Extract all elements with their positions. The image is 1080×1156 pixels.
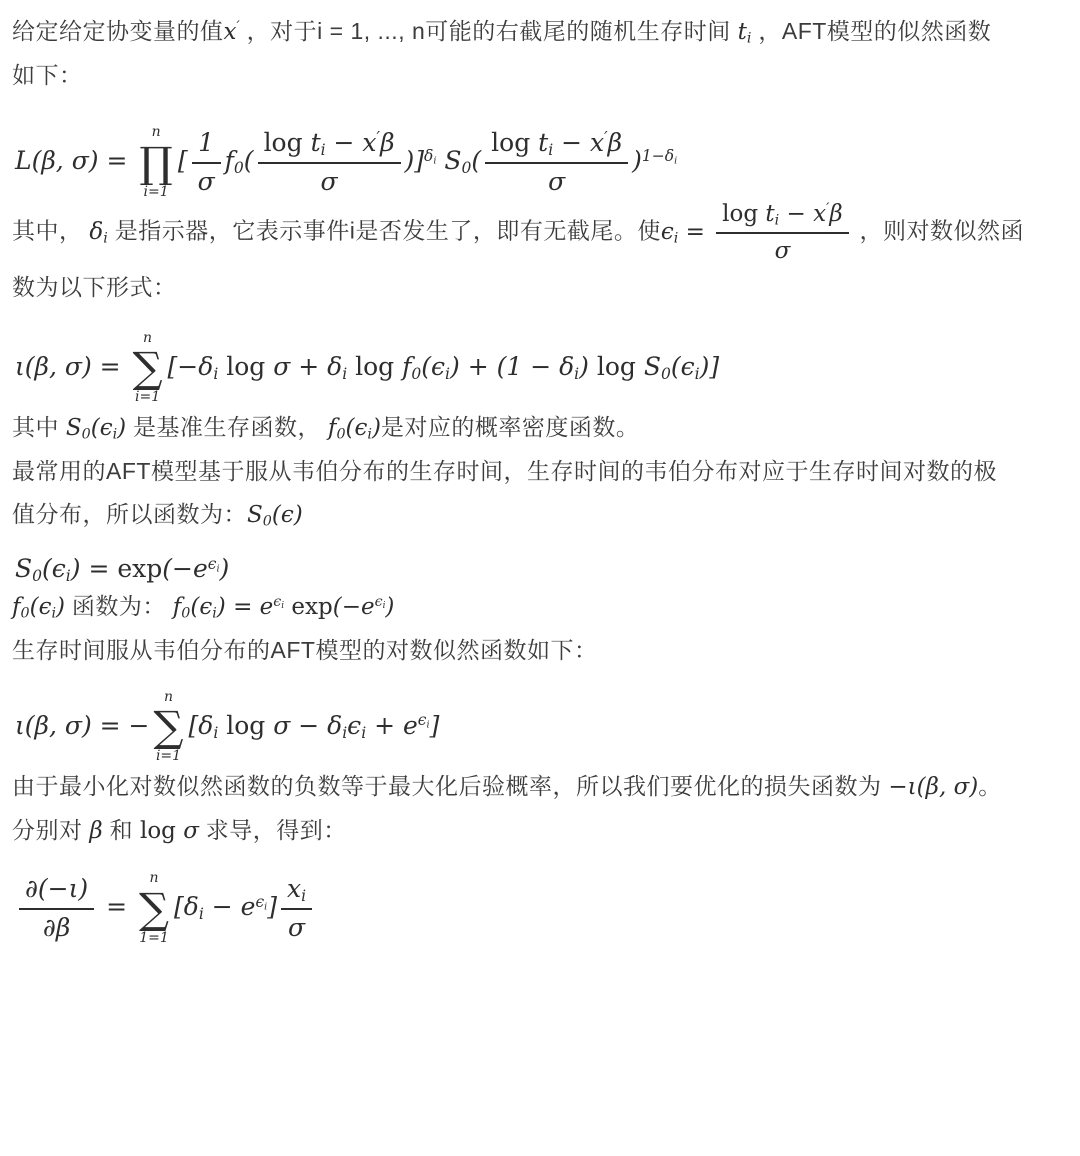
math-subscript: 0 xyxy=(263,514,272,530)
fraction-numerator: log ti − x′β xyxy=(485,128,628,164)
math-subscript: 0 xyxy=(661,365,671,383)
math-text: β xyxy=(608,128,622,157)
document-page: 给定给定协变量的值x′ ，对于i = 1, ..., n可能的右截尾的随机生存时… xyxy=(0,0,1080,946)
math-text: ∂β xyxy=(43,913,70,942)
math-text: S xyxy=(436,146,461,175)
math-text: β xyxy=(89,818,102,844)
math-subscript: i xyxy=(301,887,306,905)
math-superscript: ϵi xyxy=(208,555,220,573)
math-fraction: ∂(−ι)∂β xyxy=(19,874,94,944)
math-big-operator: n∑1=1 xyxy=(139,871,169,946)
inline-math: δi xyxy=(89,219,107,245)
inline-math: β xyxy=(89,818,102,844)
text-run: 生存时间服从韦伯分布的AFT模型的对数似然函数如下： xyxy=(12,637,597,663)
fraction-denominator: σ xyxy=(716,234,848,265)
math-text: − x xyxy=(779,201,826,227)
math-text: log xyxy=(140,818,183,844)
math-text: log xyxy=(491,128,538,157)
math-text: [δ xyxy=(174,892,199,921)
operator-lower-limit: i=1 xyxy=(135,390,160,405)
math-text: 1 xyxy=(198,128,214,157)
math-text: (ϵ xyxy=(91,415,113,441)
math-text: )] xyxy=(700,352,720,381)
math-text: log xyxy=(722,201,765,227)
fraction-denominator: ∂β xyxy=(19,910,94,944)
math-text: ι(β, σ) = xyxy=(15,352,129,381)
fraction-denominator: σ xyxy=(281,910,312,944)
inline-math: x′ xyxy=(224,19,240,45)
text-run: 。 xyxy=(978,773,1002,799)
operator-symbol: ∑ xyxy=(154,705,184,749)
math-big-operator: n∏i=1 xyxy=(139,125,172,200)
math-fraction: xiσ xyxy=(281,874,312,944)
math-text: f xyxy=(12,594,21,620)
operator-lower-limit: i=1 xyxy=(144,185,169,200)
text-run: 是基准生存函数， xyxy=(126,414,328,440)
math-text: x xyxy=(224,19,237,45)
math-text: σ xyxy=(321,167,338,196)
math-text: σ xyxy=(548,167,565,196)
math-subscript: 0 xyxy=(234,159,244,177)
math-text: exp xyxy=(117,554,162,583)
fraction-numerator: log ti − x′β xyxy=(258,128,401,164)
math-text: σ xyxy=(775,238,791,264)
math-text: (ϵ xyxy=(421,352,445,381)
math-text: ) xyxy=(632,146,642,175)
math-text: log xyxy=(218,711,273,740)
math-text: ) xyxy=(385,594,394,620)
weibull-paragraph: 最常用的AFT模型基于服从韦伯分布的生存时间，生存时间的韦伯分布对应于生存时间对… xyxy=(12,450,1068,537)
math-text: S xyxy=(644,352,661,381)
text-run: 由于最小化对数似然函数的负数等于最大化后验概率，所以我们要优化的损失函数为 xyxy=(12,773,888,799)
math-text: L(β, σ) = xyxy=(15,146,135,175)
math-subscript: i xyxy=(674,155,677,166)
operator-symbol: ∑ xyxy=(139,887,169,931)
math-text: t xyxy=(538,128,548,157)
math-text: β xyxy=(380,128,394,157)
math-text: ϵ xyxy=(347,711,361,740)
weibull-loglik-paragraph: 生存时间服从韦伯分布的AFT模型的对数似然函数如下： xyxy=(12,629,1068,672)
math-text: σ xyxy=(198,167,215,196)
math-text: δ xyxy=(424,147,433,165)
math-superscript: ϵi xyxy=(418,711,430,729)
math-subscript: 0 xyxy=(21,605,30,621)
math-text: σ xyxy=(288,913,305,942)
inline-math: S0(ϵi) xyxy=(66,415,126,441)
math-text: log xyxy=(347,352,402,381)
text-run: ，AFT模型的似然函数 xyxy=(751,18,991,44)
math-text: ) = xyxy=(71,554,118,583)
formula-weibull-loglik: ι(β, σ) = −n∑i=1[δi log σ − δiϵi + eϵi] xyxy=(15,690,1068,765)
math-text: S xyxy=(247,502,263,528)
text-run: 其中 xyxy=(12,414,66,440)
math-fraction: log ti − x′βσ xyxy=(258,128,401,198)
fraction-numerator: xi xyxy=(281,874,312,910)
math-text: 1−δ xyxy=(642,147,674,165)
math-text: σ + δ xyxy=(273,352,342,381)
math-text: ] xyxy=(430,711,440,740)
math-text: [ xyxy=(178,146,188,175)
math-superscript: δi xyxy=(424,147,436,165)
math-text: S xyxy=(15,554,32,583)
inline-math: L(β, σ) = n∏i=1[1σf0(log ti − x′βσ)]δi S… xyxy=(15,146,677,175)
formula-loglikelihood: ι(β, σ) = n∑i=1[−δi log σ + δi log f0(ϵi… xyxy=(15,331,1068,406)
math-text: ) xyxy=(117,415,126,441)
math-text: (ϵ xyxy=(30,594,52,620)
math-text: σ − δ xyxy=(273,711,342,740)
math-superscript: ϵi xyxy=(273,594,284,610)
math-text: δ xyxy=(89,219,103,245)
math-text: σ xyxy=(183,818,199,844)
math-text: −ι(β, σ) xyxy=(888,774,978,800)
inline-math: log σ xyxy=(140,818,199,844)
math-text: ) = e xyxy=(217,594,273,620)
math-subscript: 0 xyxy=(336,426,345,442)
math-text: log xyxy=(218,352,273,381)
math-big-operator: n∑i=1 xyxy=(133,331,163,406)
math-text: (ϵ xyxy=(42,554,66,583)
operator-lower-limit: 1=1 xyxy=(139,931,169,946)
math-text: (ϵ) xyxy=(272,502,303,528)
math-subscript: 0 xyxy=(411,365,421,383)
fraction-denominator: σ xyxy=(485,164,628,198)
formula-likelihood: L(β, σ) = n∏i=1[1σf0(log ti − x′βσ)]δi S… xyxy=(15,125,1068,200)
loss-paragraph: 由于最小化对数似然函数的负数等于最大化后验概率，所以我们要优化的损失函数为 −ι… xyxy=(12,765,1068,853)
text-run: 函数为： xyxy=(65,593,173,619)
text-run: ，则对数似然函 xyxy=(853,218,1024,244)
text-run: 如下： xyxy=(12,62,83,88)
math-superscript: ϵi xyxy=(255,893,267,911)
indicator-paragraph: 其中， δi 是指示器，它表示事件i是否发生了，即有无截尾。使ϵi = log … xyxy=(12,200,1068,309)
fraction-denominator: σ xyxy=(258,164,401,198)
text-run: 是指示器，它表示事件i是否发生了，即有无截尾。使 xyxy=(108,218,661,244)
math-text: ) xyxy=(56,594,65,620)
math-text: t xyxy=(311,128,321,157)
math-text: ( xyxy=(244,146,254,175)
document-body: 给定给定协变量的值x′ ，对于i = 1, ..., n可能的右截尾的随机生存时… xyxy=(12,10,1068,946)
math-text: β xyxy=(829,201,842,227)
math-text: (ϵ xyxy=(346,415,368,441)
math-text: ( xyxy=(471,146,481,175)
math-subscript: 0 xyxy=(82,426,91,442)
math-text: ϵ xyxy=(375,594,383,610)
inline-math: f0(ϵi) xyxy=(328,415,381,441)
math-text: ) xyxy=(372,415,381,441)
fraction-numerator: log ti − x′β xyxy=(716,200,848,234)
math-text: = xyxy=(678,219,712,245)
math-text: ) xyxy=(579,352,589,381)
math-text: t xyxy=(765,201,774,227)
math-text: ) + (1 − δ xyxy=(450,352,574,381)
math-text: − x xyxy=(553,128,604,157)
inline-math: S0(ϵi) = exp(−eϵi) xyxy=(15,554,229,583)
math-text: x xyxy=(287,874,301,903)
math-text: − x xyxy=(326,128,377,157)
math-text: [δ xyxy=(189,711,214,740)
math-text: ι(β, σ) = − xyxy=(15,711,150,740)
math-text: ∂(−ι) xyxy=(25,874,88,903)
operator-lower-limit: i=1 xyxy=(156,749,181,764)
fraction-numerator: ∂(−ι) xyxy=(19,874,94,910)
math-text: S xyxy=(66,415,82,441)
text-run: 数为以下形式： xyxy=(12,274,177,300)
math-subscript: 0 xyxy=(181,605,190,621)
math-superscript: ϵi xyxy=(375,594,386,610)
baseline-paragraph: 其中 S0(ϵi) 是基准生存函数， f0(ϵi)是对应的概率密度函数。 xyxy=(12,406,1068,450)
math-text: ϵ xyxy=(661,219,674,245)
text-run: 是对应的概率密度函数。 xyxy=(381,414,640,440)
inline-math: f0(ϵi) xyxy=(12,594,65,620)
inline-math: ι(β, σ) = −n∑i=1[δi log σ − δiϵi + eϵi] xyxy=(15,711,439,740)
math-subscript: 0 xyxy=(462,159,472,177)
formula-gradient-beta: ∂(−ι)∂β = n∑1=1[δi − eϵi]xiσ xyxy=(15,871,1068,946)
math-text: = xyxy=(98,892,135,921)
math-text: (ϵ xyxy=(671,352,695,381)
operator-symbol: ∏ xyxy=(139,141,172,185)
text-run: 值分布，所以函数为： xyxy=(12,501,247,527)
math-fraction: log ti − x′βσ xyxy=(485,128,628,198)
math-text: − e xyxy=(204,892,256,921)
inline-math: −ι(β, σ) xyxy=(888,774,978,800)
inline-math: f0(ϵi) = eϵi exp(−eϵi) xyxy=(173,594,395,620)
math-text: f xyxy=(402,352,411,381)
fraction-numerator: 1 xyxy=(192,128,221,164)
math-text: ] xyxy=(267,892,277,921)
formula-survival: S0(ϵi) = exp(−eϵi) xyxy=(15,553,1068,584)
math-big-operator: n∑i=1 xyxy=(154,690,184,765)
operator-symbol: ∑ xyxy=(133,346,163,390)
intro-paragraph: 给定给定协变量的值x′ ，对于i = 1, ..., n可能的右截尾的随机生存时… xyxy=(12,10,1068,97)
text-run: 最常用的AFT模型基于服从韦伯分布的生存时间，生存时间的韦伯分布对应于生存时间对… xyxy=(12,458,997,484)
inline-math: ti xyxy=(738,19,752,45)
math-text: f xyxy=(225,146,234,175)
math-subscript: 0 xyxy=(32,567,42,585)
text-run: 其中， xyxy=(12,218,89,244)
text-run: 给定给定协变量的值 xyxy=(12,18,224,44)
math-text: )] xyxy=(405,146,425,175)
inline-math: S0(ϵ) xyxy=(247,502,303,528)
math-text: [−δ xyxy=(168,352,214,381)
density-paragraph: f0(ϵi) 函数为： f0(ϵi) = eϵi exp(−eϵi) xyxy=(12,585,1068,629)
math-text: (ϵ xyxy=(190,594,212,620)
math-text: (−e xyxy=(162,554,208,583)
text-run: 求导，得到： xyxy=(199,817,347,843)
text-run: 和 xyxy=(103,817,140,843)
text-run: 分别对 xyxy=(12,817,89,843)
math-text: (−e xyxy=(333,594,375,620)
math-text: + e xyxy=(366,711,418,740)
math-text: exp xyxy=(291,594,332,620)
math-superscript: 1−δi xyxy=(642,147,677,165)
text-run: ，对于i = 1, ..., n可能的右截尾的随机生存时间 xyxy=(240,18,738,44)
inline-math: ϵi = log ti − x′βσ xyxy=(661,219,853,245)
math-text: t xyxy=(738,19,747,45)
math-fraction: log ti − x′βσ xyxy=(716,200,848,265)
math-text: ϵ xyxy=(255,893,264,911)
inline-math: ∂(−ι)∂β = n∑1=1[δi − eϵi]xiσ xyxy=(15,892,316,921)
math-text: log xyxy=(264,128,311,157)
math-text: ) xyxy=(220,554,230,583)
fraction-denominator: σ xyxy=(192,164,221,198)
math-text: log xyxy=(589,352,644,381)
inline-math: ι(β, σ) = n∑i=1[−δi log σ + δi log f0(ϵi… xyxy=(15,352,719,381)
math-fraction: 1σ xyxy=(192,128,221,198)
